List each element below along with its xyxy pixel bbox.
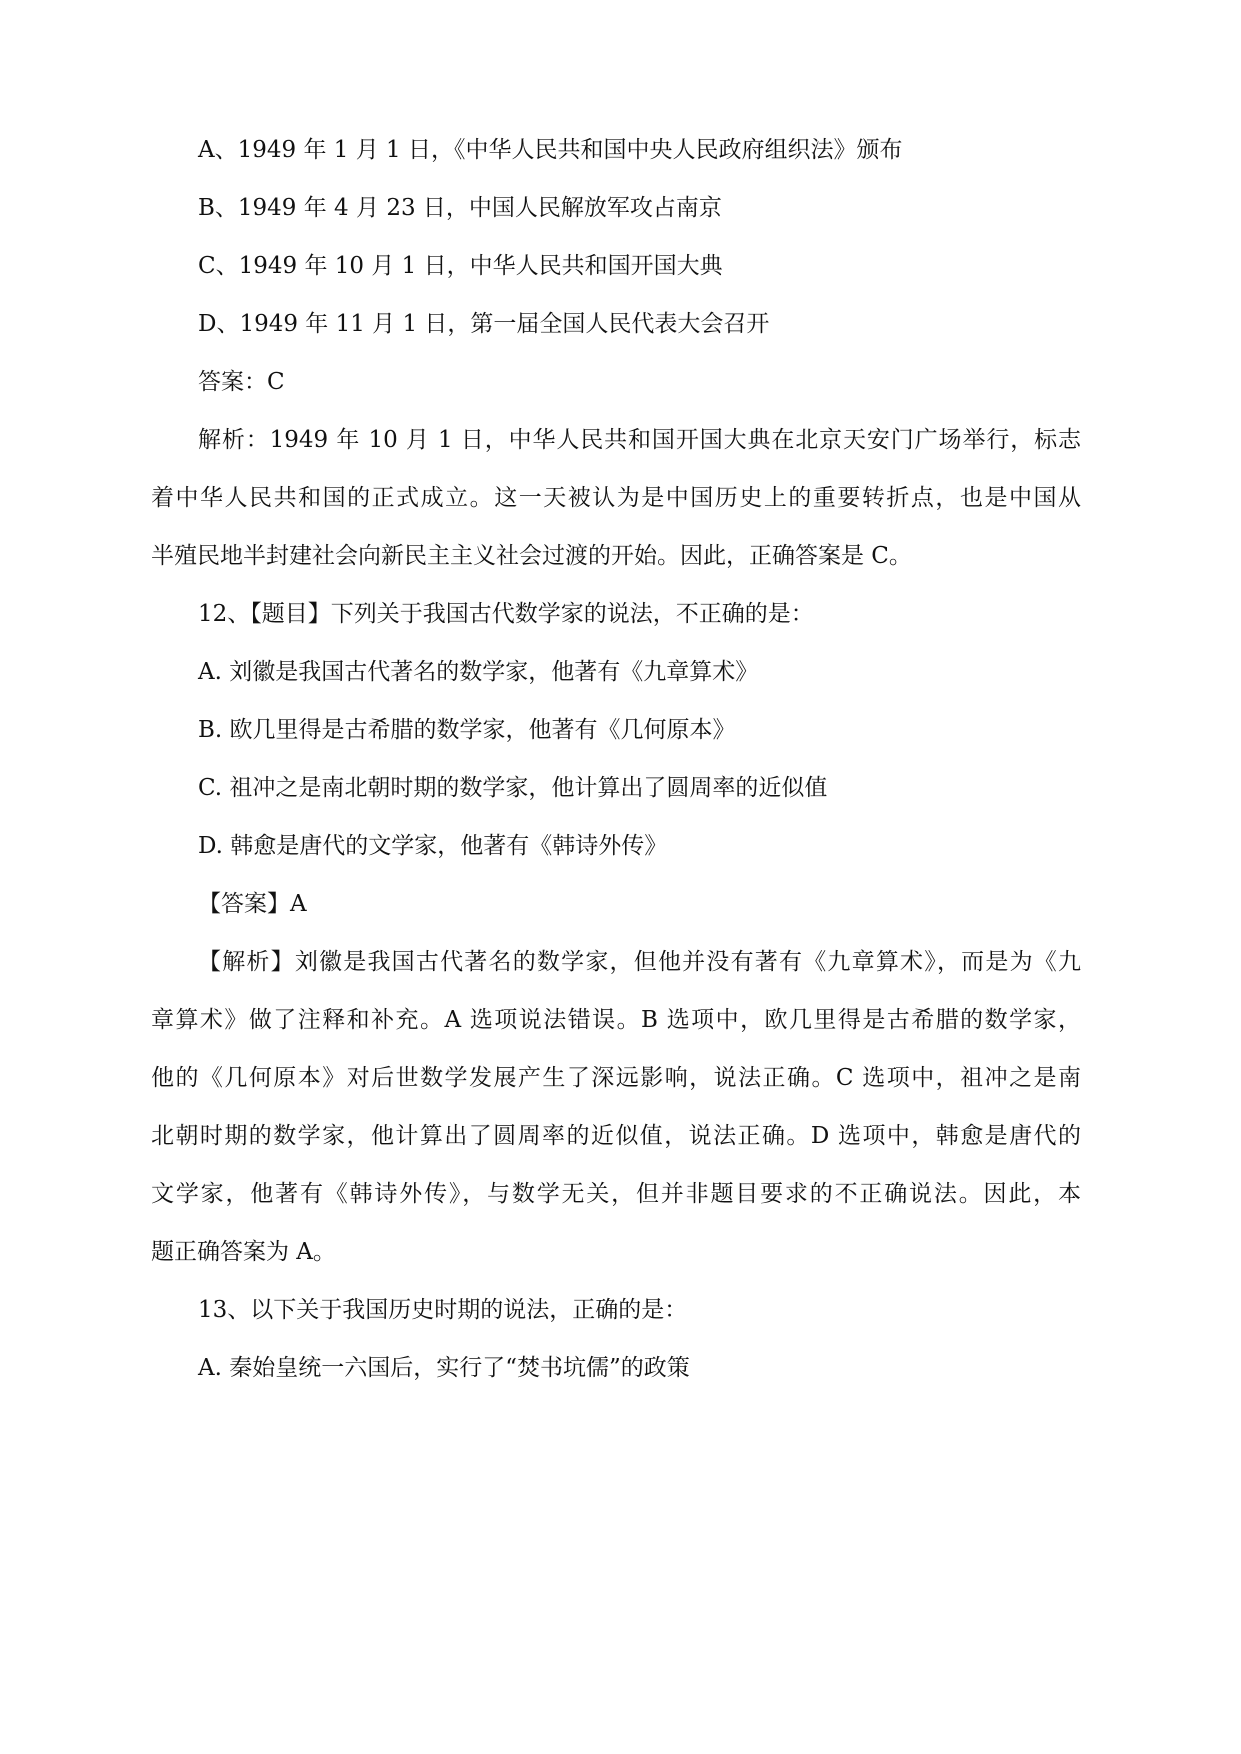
q12-question: 12、【题目】下列关于我国古代数学家的说法，不正确的是： xyxy=(198,599,814,629)
q12-answer: 【答案】A xyxy=(198,889,307,919)
q11-option-c: C、1949 年 10 月 1 日，中华人民共和国开国大典 xyxy=(198,251,723,281)
q13-question: 13、以下关于我国历史时期的说法，正确的是： xyxy=(198,1295,687,1325)
q12-option-d: D. 韩愈是唐代的文学家，他著有《韩诗外传》 xyxy=(198,831,667,861)
q13-option-a: A. 秦始皇统一六国后，实行了“焚书坑儒”的政策 xyxy=(198,1353,690,1383)
q12-analysis-line-2: 章算术》做了注释和补充。A 选项说法错误。B 选项中，欧几里得是古希腊的数学家， xyxy=(151,1005,1081,1035)
q11-analysis-line-3: 半殖民地半封建社会向新民主主义社会过渡的开始。因此，正确答案是 C。 xyxy=(151,541,912,571)
q12-option-c: C. 祖冲之是南北朝时期的数学家，他计算出了圆周率的近似值 xyxy=(198,773,827,803)
q11-option-b: B、1949 年 4 月 23 日，中国人民解放军攻占南京 xyxy=(198,193,722,223)
q11-option-a: A、1949 年 1 月 1 日，《中华人民共和国中央人民政府组织法》颁布 xyxy=(198,135,902,165)
q12-option-b: B. 欧几里得是古希腊的数学家，他著有《几何原本》 xyxy=(198,715,736,745)
q12-analysis-line-1: 【解析】刘徽是我国古代著名的数学家，但他并没有著有《九章算术》，而是为《九 xyxy=(198,947,1081,977)
q11-option-d: D、1949 年 11 月 1 日，第一届全国人民代表大会召开 xyxy=(198,309,769,339)
q12-option-a: A. 刘徽是我国古代著名的数学家，他著有《九章算术》 xyxy=(198,657,758,687)
q12-analysis-line-3: 他的《几何原本》对后世数学发展产生了深远影响，说法正确。C 选项中，祖冲之是南 xyxy=(151,1063,1081,1093)
q12-analysis-line-4: 北朝时期的数学家，他计算出了圆周率的近似值，说法正确。D 选项中，韩愈是唐代的 xyxy=(151,1121,1081,1151)
q12-analysis-line-5: 文学家，他著有《韩诗外传》，与数学无关，但并非题目要求的不正确说法。因此，本 xyxy=(151,1179,1081,1209)
q12-analysis-line-6: 题正确答案为 A。 xyxy=(151,1237,336,1267)
q11-analysis-line-1: 解析：1949 年 10 月 1 日，中华人民共和国开国大典在北京天安门广场举行… xyxy=(198,425,1081,455)
q11-analysis-line-2: 着中华人民共和国的正式成立。这一天被认为是中国历史上的重要转折点，也是中国从 xyxy=(151,483,1081,513)
q11-answer: 答案：C xyxy=(198,367,285,397)
